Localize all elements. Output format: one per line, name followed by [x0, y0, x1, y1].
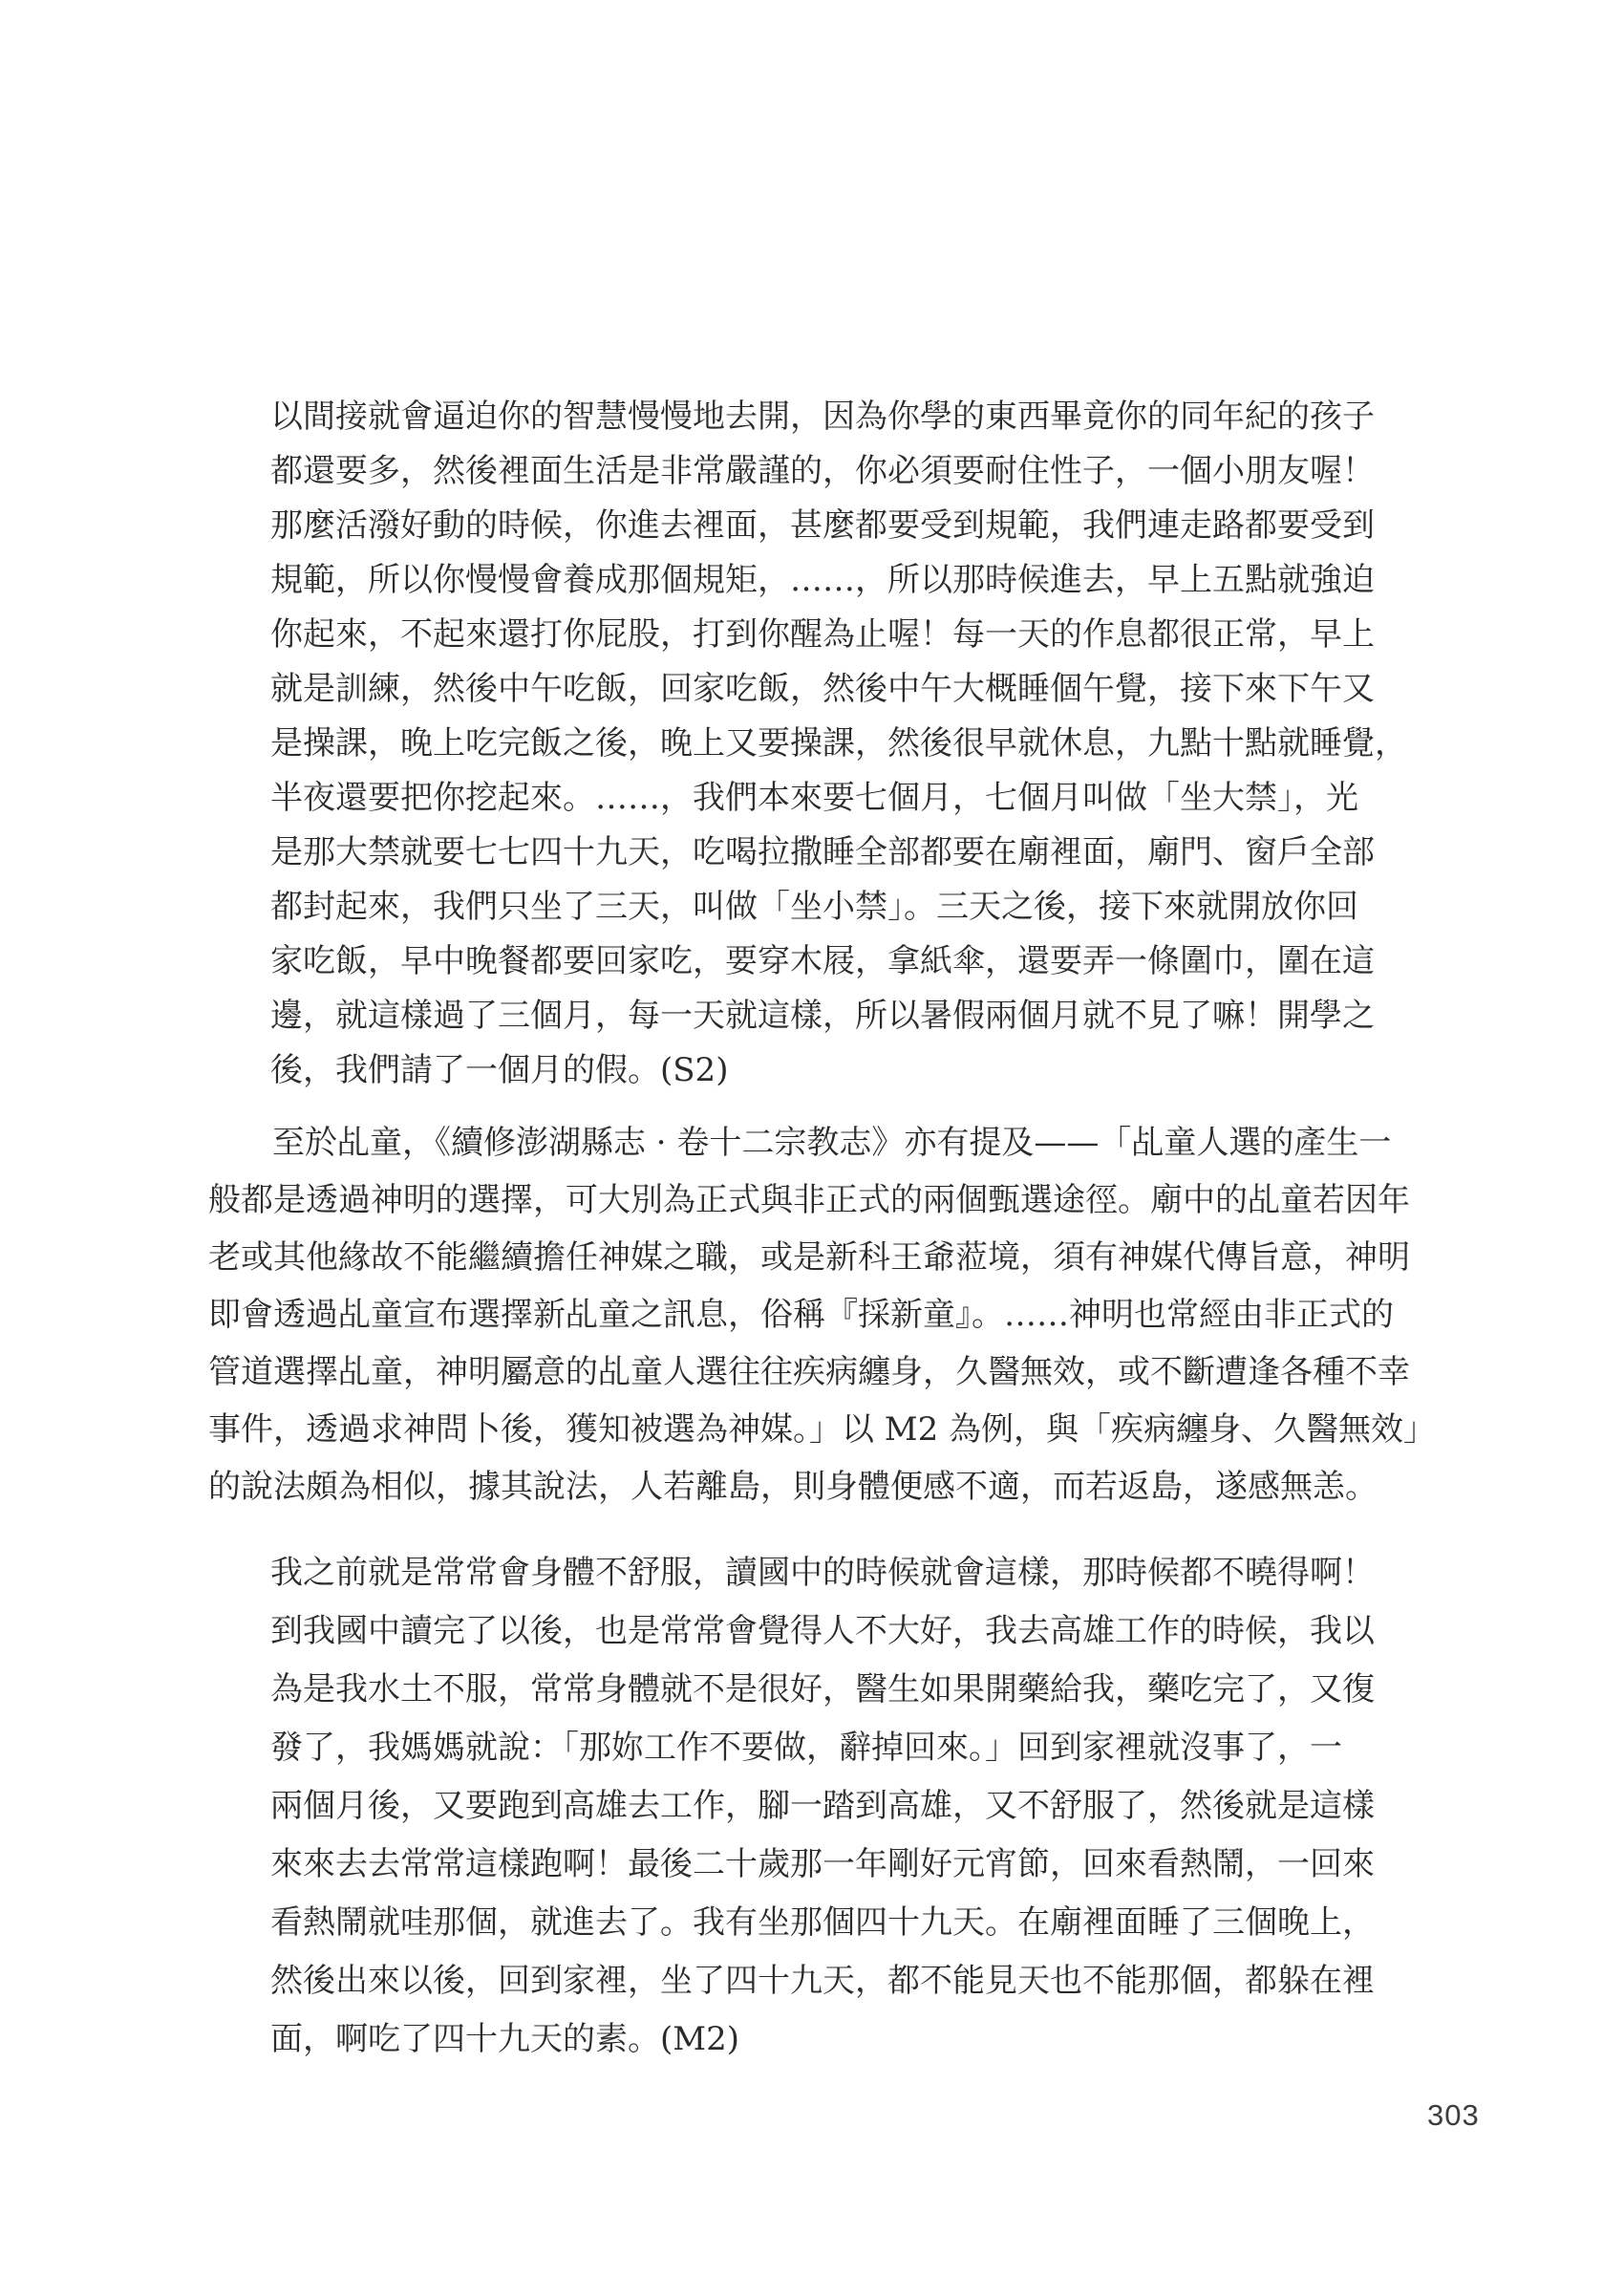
- paragraph-line: 的說法頗為相似，據其說法，人若離島，則身體便感不適，而若返島，遂感無恙。: [208, 1458, 1399, 1515]
- paragraph-line: 至於乩童，《續修澎湖縣志 · 卷十二宗教志》亦有提及——「乩童人選的產生一: [208, 1114, 1399, 1171]
- quote-line: 然後出來以後，回到家裡，坐了四十九天，都不能見天也不能那個，都躲在裡: [270, 1952, 1378, 2010]
- quote-line: 都還要多，然後裡面生活是非常嚴謹的，你必須要耐住性子，一個小朋友喔！: [270, 444, 1378, 499]
- quote-line-speaker-m2: 面，啊吃了四十九天的素。(M2): [270, 2010, 1378, 2069]
- quote-line: 兩個月後，又要跑到高雄去工作，腳一踏到高雄，又不舒服了，然後就是這樣: [270, 1777, 1378, 1836]
- quote-line: 都封起來，我們只坐了三天，叫做「坐小禁」。三天之後，接下來就開放你回: [270, 880, 1378, 935]
- quote-line: 看熱鬧就哇那個，就進去了。我有坐那個四十九天。在廟裡面睡了三個晚上，: [270, 1894, 1378, 1952]
- quote-line: 來來去去常常這樣跑啊！最後二十歲那一年剛好元宵節，回來看熱鬧，一回來: [270, 1836, 1378, 1894]
- paragraph-line: 老或其他緣故不能繼續擔任神媒之職，或是新科王爺蒞境，須有神媒代傳旨意，神明: [208, 1229, 1399, 1286]
- paragraph-line: 事件，透過求神問卜後，獲知被選為神媒。」以 M2 為例，與「疾病纏身、久醫無效」: [208, 1401, 1399, 1458]
- quote-line: 是操課，晚上吃完飯之後，晚上又要操課，然後很早就休息，九點十點就睡覺，: [270, 717, 1378, 771]
- paragraph-line: 即會透過乩童宣布選擇新乩童之訊息，俗稱『採新童』。……神明也常經由非正式的: [208, 1286, 1399, 1343]
- quote-block-s2: 以間接就會逼迫你的智慧慢慢地去開，因為你學的東西畢竟你的同年紀的孩子 都還要多，…: [270, 390, 1378, 1098]
- quote-line: 以間接就會逼迫你的智慧慢慢地去開，因為你學的東西畢竟你的同年紀的孩子: [270, 390, 1378, 444]
- quote-block-m2: 我之前就是常常會身體不舒服，讀國中的時候就會這樣，那時候都不曉得啊！ 到我國中讀…: [270, 1544, 1378, 2069]
- book-page: 以間接就會逼迫你的智慧慢慢地去開，因為你學的東西畢竟你的同年紀的孩子 都還要多，…: [0, 0, 1624, 2278]
- quote-line: 家吃飯，早中晚餐都要回家吃，要穿木屐，拿紙傘，還要弄一條圍巾，圍在這: [270, 935, 1378, 989]
- page-number: 303: [1427, 2098, 1480, 2133]
- quote-line: 發了，我媽媽就說：「那妳工作不要做，辭掉回來。」回到家裡就沒事了，一: [270, 1719, 1378, 1777]
- quote-line: 我之前就是常常會身體不舒服，讀國中的時候就會這樣，那時候都不曉得啊！: [270, 1544, 1378, 1602]
- quote-line: 是那大禁就要七七四十九天，吃喝拉撒睡全部都要在廟裡面，廟門、窗戶全部: [270, 826, 1378, 880]
- quote-line: 就是訓練，然後中午吃飯，回家吃飯，然後中午大概睡個午覺，接下來下午又: [270, 662, 1378, 717]
- quote-line: 半夜還要把你挖起來。……，我們本來要七個月，七個月叫做「坐大禁」，光: [270, 771, 1378, 826]
- quote-line: 你起來，不起來還打你屁股，打到你醒為止喔！每一天的作息都很正常，早上: [270, 608, 1378, 662]
- quote-line: 到我國中讀完了以後，也是常常會覺得人不大好，我去高雄工作的時候，我以: [270, 1602, 1378, 1661]
- quote-line: 邊，就這樣過了三個月，每一天就這樣，所以暑假兩個月就不見了嘛！開學之: [270, 989, 1378, 1043]
- quote-line-speaker-s2: 後，我們請了一個月的假。(S2): [270, 1043, 1378, 1098]
- paragraph-line: 般都是透過神明的選擇，可大別為正式與非正式的兩個甄選途徑。廟中的乩童若因年: [208, 1171, 1399, 1229]
- paragraph-line: 管道選擇乩童，神明屬意的乩童人選往往疾病纏身，久醫無效，或不斷遭逢各種不幸: [208, 1343, 1399, 1401]
- quote-line: 規範，所以你慢慢會養成那個規矩，……，所以那時候進去，早上五點就強迫: [270, 553, 1378, 608]
- body-paragraph: 至於乩童，《續修澎湖縣志 · 卷十二宗教志》亦有提及——「乩童人選的產生一 般都…: [208, 1114, 1399, 1515]
- quote-line: 那麼活潑好動的時候，你進去裡面，甚麼都要受到規範，我們連走路都要受到: [270, 499, 1378, 553]
- quote-line: 為是我水土不服，常常身體就不是很好，醫生如果開藥給我，藥吃完了，又復: [270, 1661, 1378, 1719]
